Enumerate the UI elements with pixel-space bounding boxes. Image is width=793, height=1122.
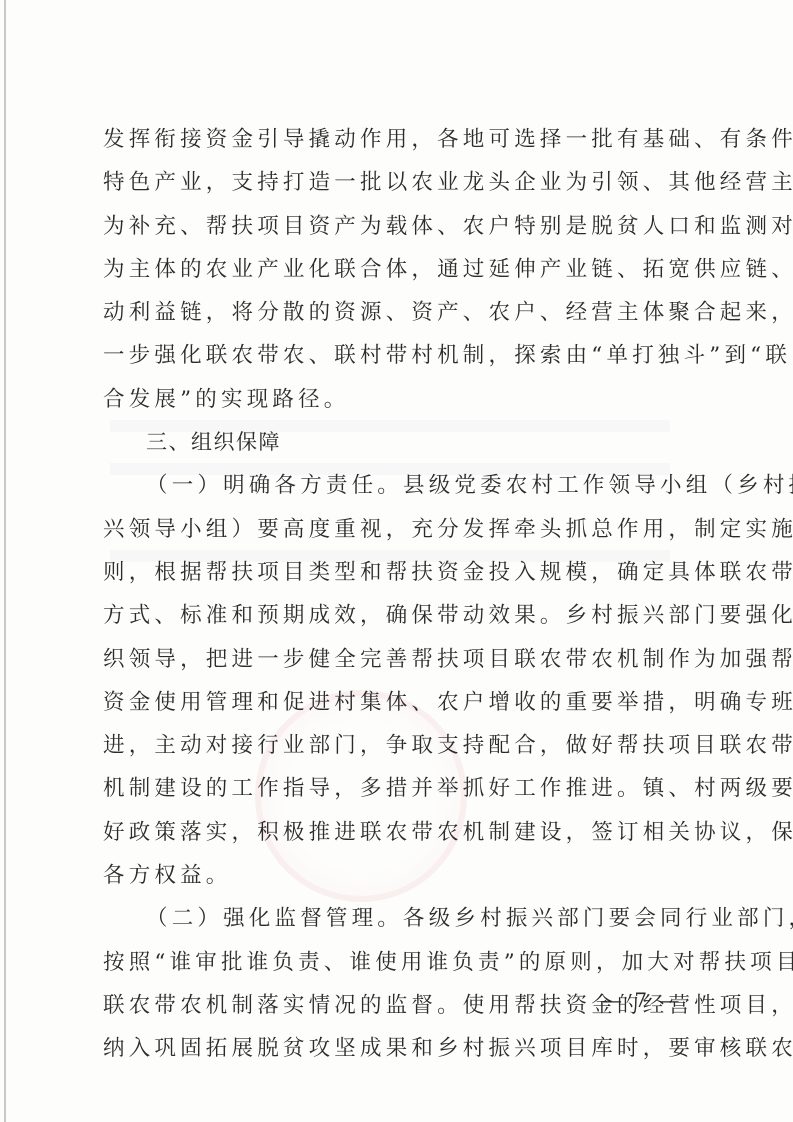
body-line: 动利益链，将分散的资源、资产、农户、经营主体聚合起来，进	[103, 291, 693, 334]
body-line: 发挥衔接资金引导撬动作用，各地可选择一批有基础、有条件的	[103, 118, 693, 161]
body-line: 合发展”的实现路径。	[103, 378, 693, 421]
paragraph-text: 各级乡村振兴部门要会同行业部门，	[403, 906, 793, 931]
body-line: 好政策落实，积极推进联农带农机制建设，签订相关协议，保障	[103, 811, 693, 854]
body-line: 各方权益。	[103, 854, 693, 897]
paragraph-first-line: （一）明确各方责任。县级党委农村工作领导小组（乡村振	[103, 464, 693, 507]
body-line: 进，主动对接行业部门，争取支持配合，做好帮扶项目联农带农	[103, 724, 693, 767]
section-heading: 三、组织保障	[103, 421, 693, 464]
body-line: 按照“谁审批谁负责、谁使用谁负责”的原则，加大对帮扶项目	[103, 941, 693, 984]
subsection-heading-1: （一）明确各方责任。	[146, 473, 403, 498]
scan-edge-line	[4, 0, 6, 1122]
body-line: 织领导，把进一步健全完善帮扶项目联农带农机制作为加强帮扶	[103, 638, 693, 681]
body-line: 兴领导小组）要高度重视，充分发挥牵头抓总作用，制定实施细	[103, 508, 693, 551]
body-line: 为主体的农业产业化联合体，通过延伸产业链、拓宽供应链、带	[103, 248, 693, 291]
body-line: 为补充、帮扶项目资产为载体、农户特别是脱贫人口和监测对象	[103, 205, 693, 248]
subsection-heading-2: （二）强化监督管理。	[146, 906, 403, 931]
body-line: 方式、标准和预期成效，确保带动效果。乡村振兴部门要强化组	[103, 594, 693, 637]
body-line: 特色产业，支持打造一批以农业龙头企业为引领、其他经营主体	[103, 161, 693, 204]
page-number: — 7 —	[602, 988, 682, 1012]
body-line: 纳入巩固拓展脱贫攻坚成果和乡村振兴项目库时，要审核联农带	[103, 1027, 693, 1070]
body-line: 则，根据帮扶项目类型和帮扶资金投入规模，确定具体联农带农	[103, 551, 693, 594]
document-body: 发挥衔接资金引导撬动作用，各地可选择一批有基础、有条件的 特色产业，支持打造一批…	[103, 118, 693, 1071]
paragraph-text: 县级党委农村工作领导小组（乡村振	[403, 473, 793, 498]
body-line: 机制建设的工作指导，多措并举抓好工作推进。镇、村两级要抓	[103, 767, 693, 810]
body-line: 一步强化联农带农、联村带村机制，探索由“单打独斗”到“联	[103, 334, 693, 377]
paragraph-first-line: （二）强化监督管理。各级乡村振兴部门要会同行业部门，	[103, 897, 693, 940]
body-line: 资金使用管理和促进村集体、农户增收的重要举措，明确专班推	[103, 681, 693, 724]
